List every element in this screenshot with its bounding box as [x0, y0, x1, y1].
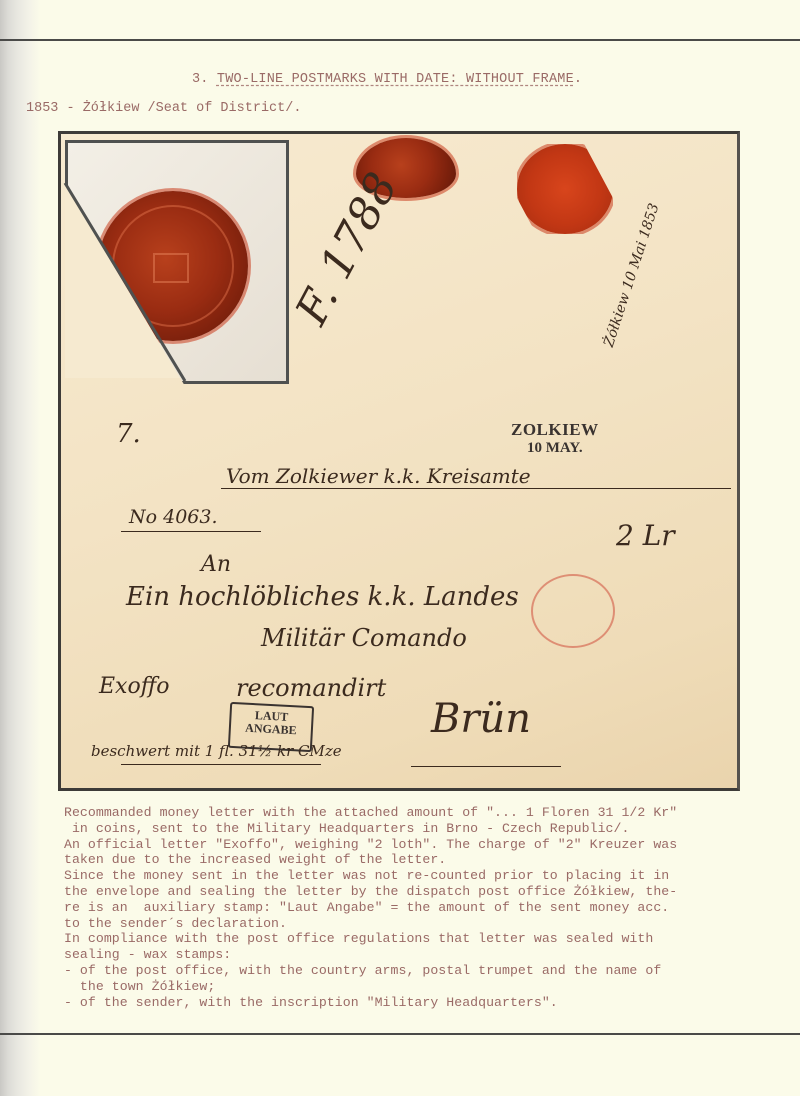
number-underline [121, 531, 261, 532]
number-seven: 7. [116, 419, 141, 449]
description-line: taken due to the increased weight of the… [64, 852, 764, 868]
section-number: 3. [192, 72, 209, 87]
postmark-town: ZOLKIEW [511, 421, 599, 440]
money-amount-line: beschwert mit 1 fl. 31½ kr CMze [91, 742, 342, 760]
amount-underline [121, 764, 321, 765]
cover-letter-image: F. 1788 Żółkiew 10 Mai 1853 ZOLKIEW 10 M… [58, 131, 740, 791]
description-text: Recommanded money letter with the attach… [64, 805, 764, 1010]
large-handwritten-mark: F. 1788 [286, 165, 408, 333]
exoffo-note: Exoffo [99, 674, 170, 699]
description-line: sealing - wax stamps: [64, 947, 764, 963]
postmark-date: 10 MAY. [511, 440, 599, 457]
sender-line: Vom Zolkiewer k.k. Kreisamte [226, 464, 531, 488]
title-period: . [574, 72, 582, 87]
description-line: - of the post office, with the country a… [64, 963, 764, 979]
addressee-an: An [201, 552, 231, 577]
registration-number: No 4063. [129, 506, 218, 528]
destination-underline [411, 766, 561, 767]
sender-underline [221, 488, 731, 489]
description-line: to the sender´s declaration. [64, 916, 764, 932]
description-line: - of the sender, with the inscription "M… [64, 995, 764, 1011]
side-date-note: Żółkiew 10 Mai 1853 [601, 201, 663, 348]
bottom-rule [0, 1033, 800, 1035]
description-line: the envelope and sealing the letter by t… [64, 884, 764, 900]
description-line: the town Żółkiew; [64, 979, 764, 995]
two-line-postmark: ZOLKIEW 10 MAY. [511, 421, 599, 456]
description-line: An official letter "Exoffo", weighing "2… [64, 837, 764, 853]
description-line: re is an auxiliary stamp: "Laut Angabe" … [64, 900, 764, 916]
page-title: 3. TWO-LINE POSTMARKS WITH DATE: WITHOUT… [192, 72, 582, 87]
addressee-line1: Ein hochlöbliches k.k. Landes [126, 582, 519, 612]
destination-city: Brün [431, 696, 531, 742]
section-title: TWO-LINE POSTMARKS WITH DATE: WITHOUT FR… [217, 72, 574, 87]
inset-diagonal-border [61, 134, 301, 394]
top-rule [0, 39, 800, 41]
wax-seal-top-right [517, 144, 613, 234]
page-subtitle: 1853 - Żółkiew /Seat of District/. [26, 101, 301, 116]
red-crayon-mark [531, 574, 615, 648]
album-binding-strip [0, 0, 40, 1096]
description-line: in coins, sent to the Military Headquart… [64, 821, 764, 837]
description-line: Since the money sent in the letter was n… [64, 868, 764, 884]
recomandirt-note: recomandirt [236, 674, 386, 702]
addressee-line2: Militär Comando [261, 624, 467, 652]
laut-angabe-line2: ANGABE [231, 721, 312, 738]
description-line: Recommanded money letter with the attach… [64, 805, 764, 821]
description-line: In compliance with the post office regul… [64, 931, 764, 947]
postage-charge: 2 Lr [616, 519, 675, 552]
